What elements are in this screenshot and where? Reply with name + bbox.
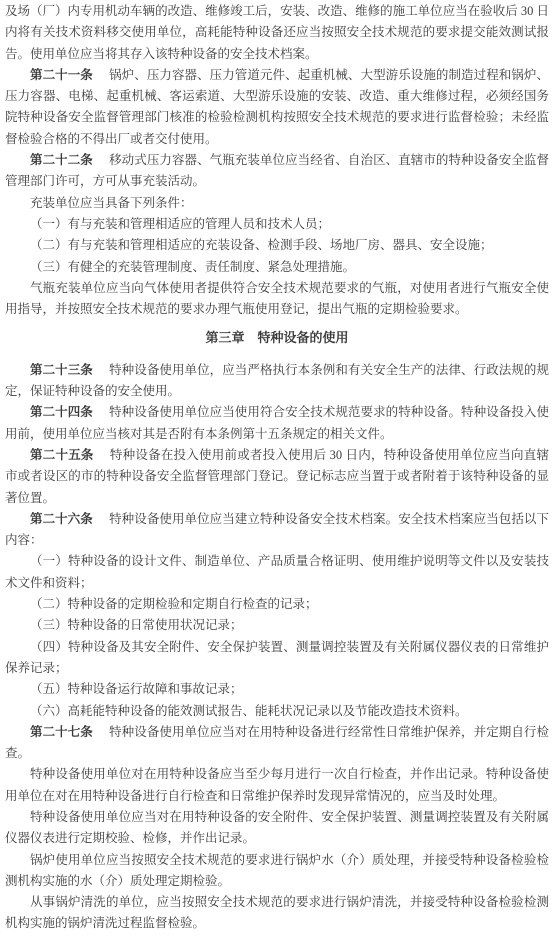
article-23-paragraph: 第二十三条特种设备使用单位，应当严格执行本条例和有关安全生产的法律、行政法规的规…: [5, 360, 549, 403]
list-item: （五）特种设备运行故障和事故记录；: [5, 679, 549, 700]
article-22-paragraph: 第二十二条移动式压力容器、气瓶充装单位应当经省、自治区、直辖市的特种设备安全监督…: [5, 150, 549, 193]
list-item: （六）高耗能特种设备的能效测试报告、能耗状况记录以及节能改造技术资料。: [5, 701, 549, 722]
article-21-number: 第二十一条: [30, 68, 93, 82]
chapter-heading: 第三章 特种设备的使用: [5, 327, 549, 348]
article-25-paragraph: 第二十五条特种设备在投入使用前或者投入使用后 30 日内，特种设备使用单位应当向…: [5, 445, 549, 509]
document-page: 及场（厂）内专用机动车辆的改造、维修竣工后，安装、改造、维修的施工单位应当在验收…: [0, 0, 554, 939]
continued-paragraph: 及场（厂）内专用机动车辆的改造、维修竣工后，安装、改造、维修的施工单位应当在验收…: [5, 1, 549, 65]
paragraph: 锅炉使用单位应当按照安全技术规范的要求进行锅炉水（介）质处理，并接受特种设备检验…: [5, 850, 549, 893]
article-24-number: 第二十四条: [30, 405, 93, 419]
article-21-paragraph: 第二十一条锅炉、压力容器、压力管道元件、起重机械、大型游乐设施的制造过程和锅炉、…: [5, 65, 549, 150]
paragraph: 从事锅炉清洗的单位，应当按照安全技术规范的要求进行锅炉清洗，并接受特种设备检验检…: [5, 892, 549, 935]
paragraph: 气瓶充装单位应当向气体使用者提供符合安全技术规范要求的气瓶，对使用者进行气瓶安全…: [5, 278, 549, 321]
article-26-number: 第二十六条: [30, 512, 93, 526]
list-item: （一）有与充装和管理相适应的管理人员和技术人员；: [5, 214, 549, 235]
paragraph: 特种设备使用单位应当对在用特种设备的安全附件、安全保护装置、测量调控装置及有关附…: [5, 807, 549, 850]
list-item: （四）特种设备及其安全附件、安全保护装置、测量调控装置及有关附属仪器仪表的日常维…: [5, 637, 549, 680]
article-26-paragraph: 第二十六条特种设备使用单位应当建立特种设备安全技术档案。安全技术档案应当包括以下…: [5, 509, 549, 552]
article-27-paragraph: 第二十七条特种设备使用单位应当对在用特种设备进行经常性日常维护保养，并定期自行检…: [5, 722, 549, 765]
article-24-paragraph: 第二十四条特种设备使用单位应当使用符合安全技术规范要求的特种设备。特种设备投入使…: [5, 402, 549, 445]
paragraph: 充装单位应当具备下列条件：: [5, 193, 549, 214]
paragraph: 特种设备使用单位对在用特种设备应当至少每月进行一次自行检查，并作出记录。特种设备…: [5, 764, 549, 807]
list-item: （三）有健全的充装管理制度、责任制度、紧急处理措施。: [5, 257, 549, 278]
list-item: （二）有与充装和管理相适应的充装设备、检测手段、场地厂房、器具、安全设施；: [5, 235, 549, 256]
list-item: （三）特种设备的日常使用状况记录；: [5, 615, 549, 636]
article-22-number: 第二十二条: [30, 153, 93, 167]
list-item: （二）特种设备的定期检验和定期自行检查的记录；: [5, 594, 549, 615]
article-27-number: 第二十七条: [30, 725, 93, 739]
article-25-number: 第二十五条: [30, 448, 94, 462]
article-23-number: 第二十三条: [30, 363, 93, 377]
list-item: （一）特种设备的设计文件、制造单位、产品质量合格证明、使用维护说明等文件以及安装…: [5, 551, 549, 594]
